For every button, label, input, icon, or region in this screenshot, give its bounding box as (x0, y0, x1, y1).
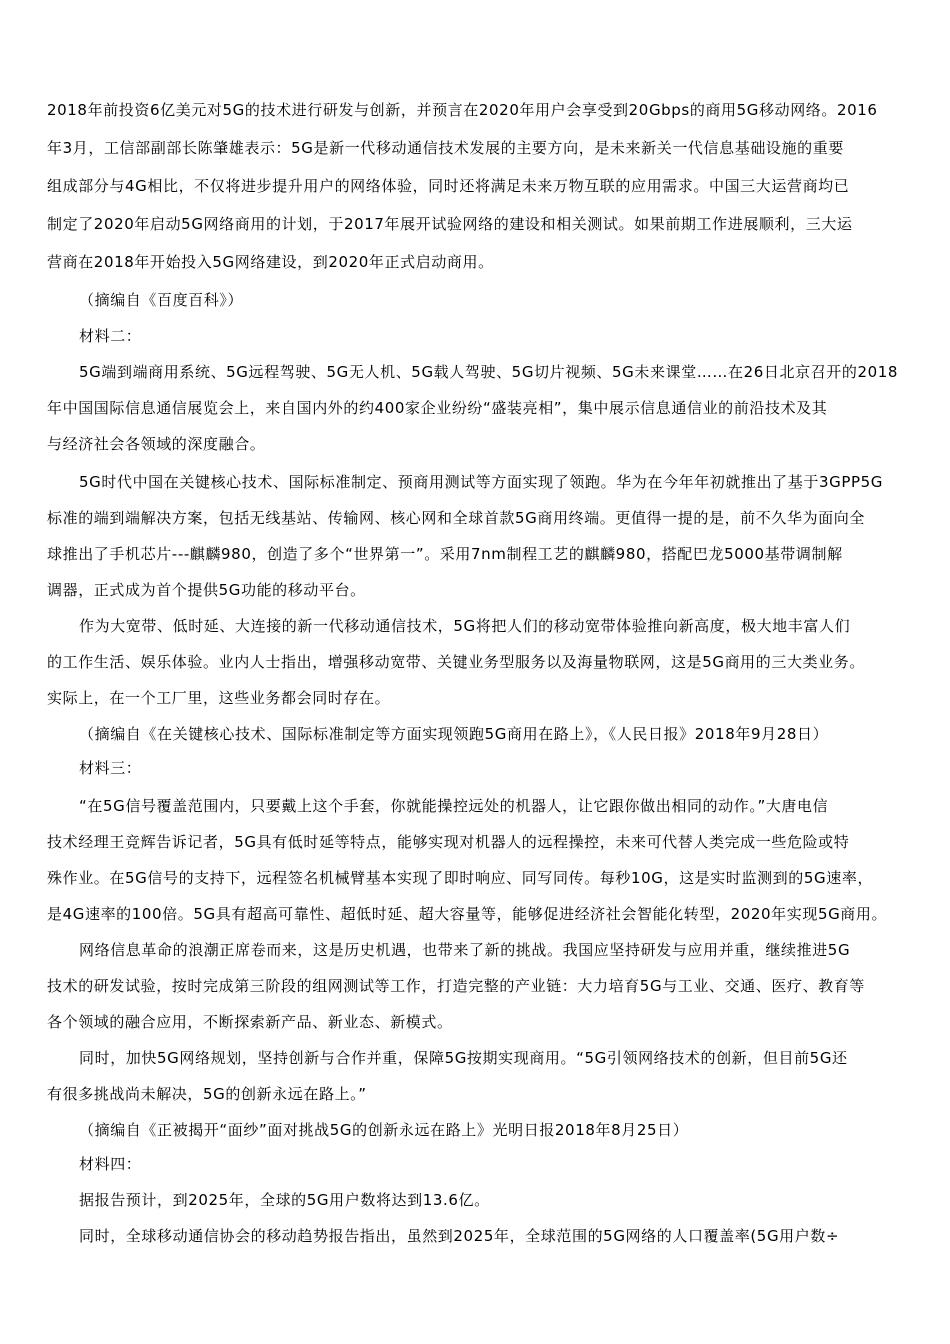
paragraph-2-line-2: 年中国国际信息通信展览会上，来自国内外的约400家企业纷纷“盛装亮相”，集中展示… (47, 398, 827, 418)
paragraph-3-line-3: 球推出了手机芯片---麒麟980，创造了多个“世界第一”。采用7nm制程工艺的麒… (47, 544, 843, 564)
paragraph-3-line-4: 调器，正式成为首个提供5G功能的移动平台。 (47, 580, 366, 600)
source-citation-3: （摘编自《正被揭开“面纱”面对挑战5G的创新永远在路上》光明日报2018年8月2… (79, 1120, 688, 1140)
paragraph-1-line-2: 年3月，工信部副部长陈肇雄表示：5G是新一代移动通信技术发展的主要方向，是未来新… (47, 138, 844, 158)
paragraph-5-line-2: 技术经理王竞辉告诉记者，5G具有低时延等特点，能够实现对机器人的远程操控，未来可… (47, 832, 849, 852)
section-heading-material-2: 材料二： (79, 326, 141, 346)
section-heading-material-4: 材料四： (79, 1154, 141, 1174)
source-citation-2: （摘编自《在关键核心技术、国际标准制定等方面实现领跑5G商用在路上》，《人民日报… (79, 724, 828, 744)
paragraph-1-line-1: 2018年前投资6亿美元对5G的技术进行研发与创新，并预言在2020年用户会享受… (47, 100, 878, 120)
paragraph-5-line-1: “在5G信号覆盖范围内，只要戴上这个手套，你就能操控远处的机器人，让它跟你做出相… (79, 796, 828, 816)
paragraph-7-line-1: 同时，加快5G网络规划，坚持创新与合作并重，保障5G按期实现商用。“5G引领网络… (79, 1048, 848, 1068)
paragraph-4-line-3: 实际上，在一个工厂里，这些业务都会同时存在。 (47, 688, 390, 708)
paragraph-2-line-3: 与经济社会各领域的深度融合。 (47, 434, 265, 454)
paragraph-4-line-1: 作为大宽带、低时延、大连接的新一代移动通信技术，5G将把人们的移动宽带体验推向新… (79, 616, 850, 636)
paragraph-1-line-5: 营商在2018年开始投入5G网络建设，到2020年正式启动商用。 (47, 252, 494, 272)
paragraph-8: 据报告预计，到2025年，全球的5G用户数将达到13.6亿。 (79, 1190, 490, 1210)
section-heading-material-3: 材料三： (79, 758, 141, 778)
source-citation-1: （摘编自《百度百科》） (79, 290, 243, 310)
paragraph-1-line-4: 制定了2020年启动5G网络商用的计划，于2017年展开试验网络的建设和相关测试… (47, 214, 853, 234)
paragraph-5-line-3: 殊作业。在5G信号的支持下，远程签名机械臂基本实现了即时响应、同写同传。每秒10… (47, 868, 873, 888)
paragraph-5-line-4: 是4G速率的100倍。5G具有超高可靠性、超低时延、超大容量等，能够促进经济社会… (47, 904, 887, 924)
paragraph-7-line-2: 有很多挑战尚未解决，5G的创新永远在路上。” (47, 1084, 367, 1104)
paragraph-4-line-2: 的工作生活、娱乐体验。业内人士指出，增强移动宽带、关键业务型服务以及海量物联网，… (47, 652, 865, 672)
paragraph-6-line-2: 技术的研发试验，按时完成第三阶段的组网测试等工作，打造完整的产业链：大力培育5G… (47, 976, 865, 996)
paragraph-6-line-3: 各个领域的融合应用，不断探索新产品、新业态、新模式。 (47, 1012, 453, 1032)
paragraph-3-line-1: 5G时代中国在关键核心技术、国际标准制定、预商用测试等方面实现了领跑。华为在今年… (79, 472, 883, 492)
paragraph-1-line-3: 组成部分与4G相比，不仅将进步提升用户的网络体验，同时还将满足未来万物互联的应用… (47, 176, 849, 196)
paragraph-9-line-1: 同时，全球移动通信协会的移动趋势报告指出，虽然到2025年，全球范围的5G网络的… (79, 1226, 839, 1246)
paragraph-6-line-1: 网络信息革命的浪潮正席卷而来，这是历史机遇，也带来了新的挑战。我国应坚持研发与应… (79, 940, 850, 960)
paragraph-3-line-2: 标准的端到端解决方案，包括无线基站、传输网、核心网和全球首款5G商用终端。更值得… (47, 508, 865, 528)
paragraph-2-line-1: 5G端到端商用系统、5G远程驾驶、5G无人机、5G载人驾驶、5G切片视频、5G未… (79, 362, 898, 382)
